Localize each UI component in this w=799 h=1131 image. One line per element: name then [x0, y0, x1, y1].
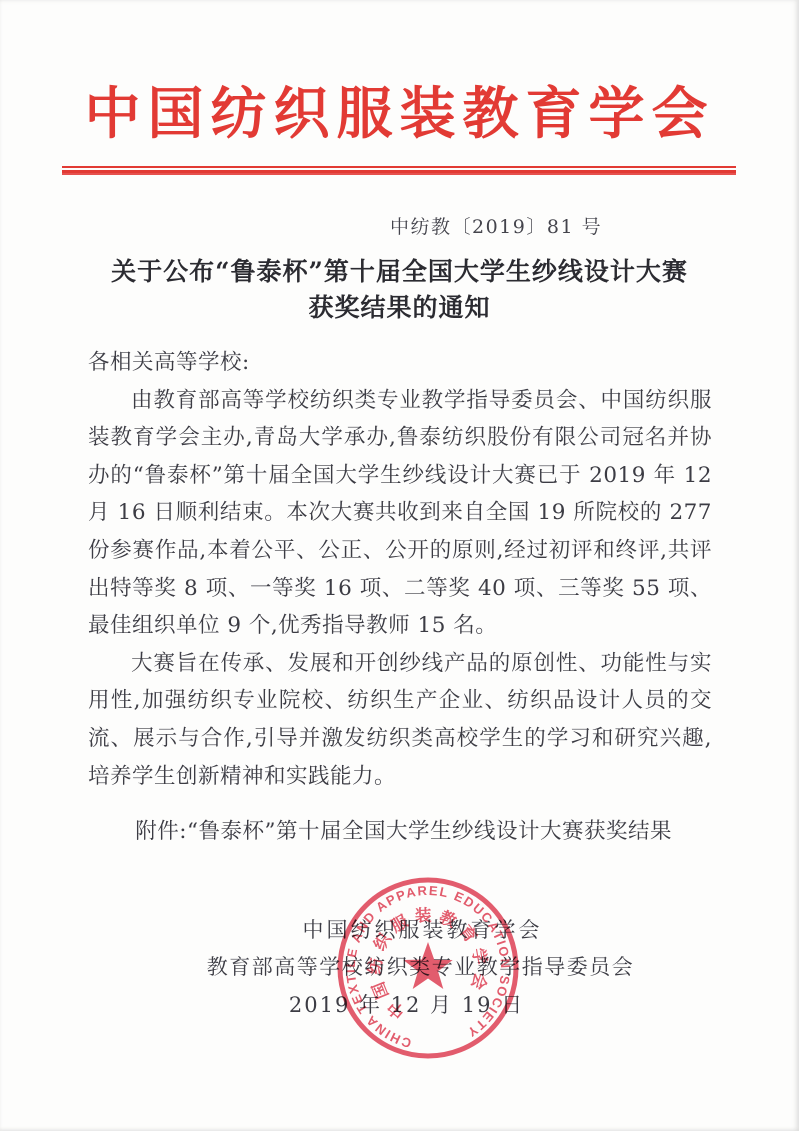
body-paragraph-1: 由教育部高等学校纺织类专业教学指导委员会、中国纺织服装教育学会主办,青岛大学承办… [88, 382, 712, 645]
salutation: 各相关高等学校: [88, 344, 712, 382]
document-number: 中纺教〔2019〕81 号 [390, 212, 602, 239]
notice-title-line1: 关于公布“鲁泰杯”第十届全国大学生纱线设计大赛 [0, 254, 799, 290]
attachment-line: 附件:“鲁泰杯”第十届全国大学生纱线设计大赛获奖结果 [88, 817, 728, 847]
letterhead-divider-line-top [62, 166, 736, 168]
notice-title: 关于公布“鲁泰杯”第十届全国大学生纱线设计大赛 获奖结果的通知 [0, 254, 799, 326]
letterhead-org-title: 中国纺织服装教育学会 [0, 82, 799, 146]
notice-body: 各相关高等学校: 由教育部高等学校纺织类专业教学指导委员会、中国纺织服装教育学会… [88, 344, 712, 795]
letterhead-divider-line-bottom [62, 170, 736, 175]
body-paragraph-2: 大赛旨在传承、发展和开创纱线产品的原创性、功能性与实用性,加强纺织专业院校、纺织… [88, 645, 712, 795]
star-icon [403, 942, 452, 989]
official-red-seal: CHINA TEXTILE AND APPAREL EDUCATION SOCI… [333, 866, 523, 1072]
official-notice-document: 中国纺织服装教育学会 中纺教〔2019〕81 号 关于公布“鲁泰杯”第十届全国大… [0, 0, 799, 1131]
notice-title-line2: 获奖结果的通知 [0, 290, 799, 326]
